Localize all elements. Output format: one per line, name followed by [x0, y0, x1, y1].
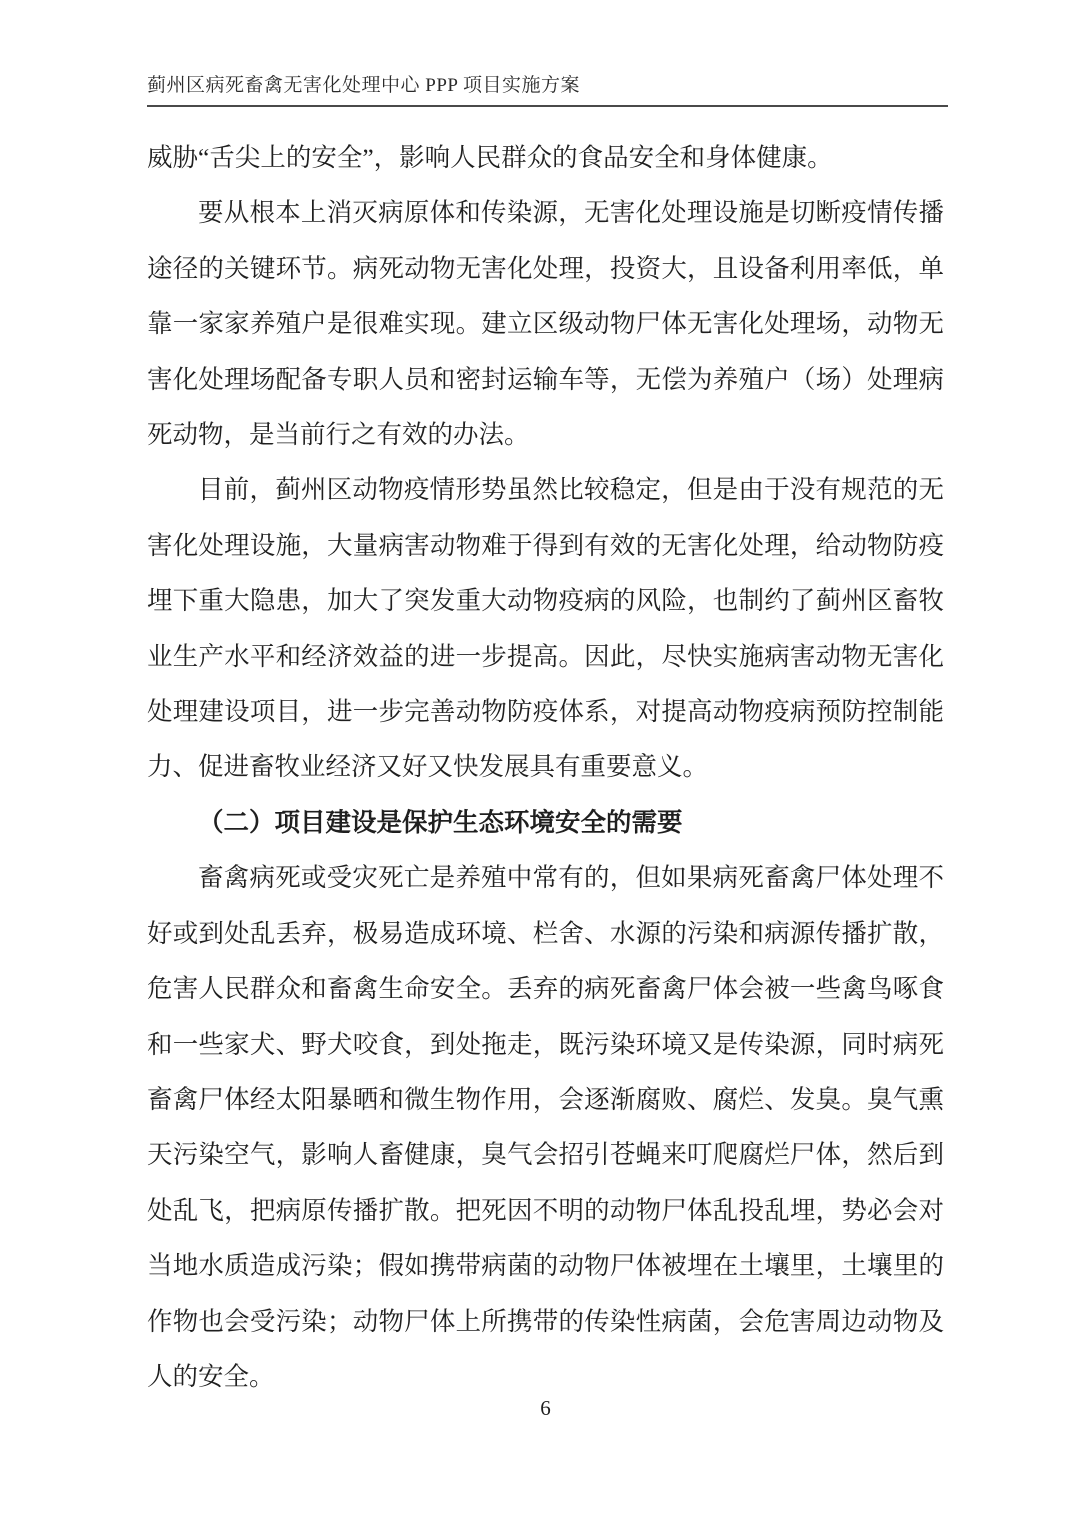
document-body: 威胁“舌尖上的安全”，影响人民群众的食品安全和身体健康。要从根本上消灭病原体和传… [147, 130, 944, 1404]
paragraph-line: 和一些家犬、野犬咬食，到处拖走，既污染环境又是传染源，同时病死 [147, 1017, 944, 1072]
paragraph-line: 畜禽尸体经太阳暴晒和微生物作用，会逐渐腐败、腐烂、发臭。臭气熏 [147, 1072, 944, 1127]
paragraph-line: 好或到处乱丢弃，极易造成环境、栏舍、水源的污染和病源传播扩散， [147, 906, 944, 961]
page-footer: 6 [147, 1396, 944, 1421]
paragraph-line: 威胁“舌尖上的安全”，影响人民群众的食品安全和身体健康。 [147, 130, 944, 185]
paragraph-line: 力、促进畜牧业经济又好又快发展具有重要意义。 [147, 739, 944, 794]
paragraph-line: 靠一家家养殖户是很难实现。建立区级动物尸体无害化处理场，动物无 [147, 296, 944, 351]
paragraph-line: 害化处理设施，大量病害动物难于得到有效的无害化处理，给动物防疫 [147, 518, 944, 573]
paragraph-line: 埋下重大隐患，加大了突发重大动物疫病的风险，也制约了蓟州区畜牧 [147, 573, 944, 628]
paragraph-line: 死动物，是当前行之有效的办法。 [147, 407, 944, 462]
paragraph-line: 天污染空气，影响人畜健康，臭气会招引苍蝇来叮爬腐烂尸体，然后到 [147, 1127, 944, 1182]
paragraph-line: 目前，蓟州区动物疫情形势虽然比较稳定，但是由于没有规范的无 [147, 462, 944, 517]
header-title: 蓟州区病死畜禽无害化处理中心 PPP 项目实施方案 [147, 75, 580, 96]
paragraph-line: 危害人民群众和畜禽生命安全。丢弃的病死畜禽尸体会被一些禽鸟啄食 [147, 961, 944, 1016]
section-heading: （二）项目建设是保护生态环境安全的需要 [147, 795, 944, 850]
paragraph-line: 处乱飞，把病原传播扩散。把死因不明的动物尸体乱投乱埋，势必会对 [147, 1183, 944, 1238]
document-page: 蓟州区病死畜禽无害化处理中心 PPP 项目实施方案 威胁“舌尖上的安全”，影响人… [0, 0, 1069, 1514]
paragraph-line: 途径的关键环节。病死动物无害化处理，投资大，且设备利用率低，单 [147, 241, 944, 296]
page-header: 蓟州区病死畜禽无害化处理中心 PPP 项目实施方案 [147, 74, 948, 107]
paragraph-line: 畜禽病死或受灾死亡是养殖中常有的，但如果病死畜禽尸体处理不 [147, 850, 944, 905]
paragraph-line: 要从根本上消灭病原体和传染源，无害化处理设施是切断疫情传播 [147, 185, 944, 240]
paragraph-line: 害化处理场配备专职人员和密封运输车等，无偿为养殖户（场）处理病 [147, 352, 944, 407]
paragraph-line: 当地水质造成污染；假如携带病菌的动物尸体被埋在土壤里，土壤里的 [147, 1238, 944, 1293]
page-number: 6 [540, 1396, 551, 1420]
paragraph-line: 业生产水平和经济效益的进一步提高。因此，尽快实施病害动物无害化 [147, 629, 944, 684]
paragraph-line: 处理建设项目，进一步完善动物防疫体系，对提高动物疫病预防控制能 [147, 684, 944, 739]
paragraph-line: 作物也会受污染；动物尸体上所携带的传染性病菌，会危害周边动物及 [147, 1294, 944, 1349]
